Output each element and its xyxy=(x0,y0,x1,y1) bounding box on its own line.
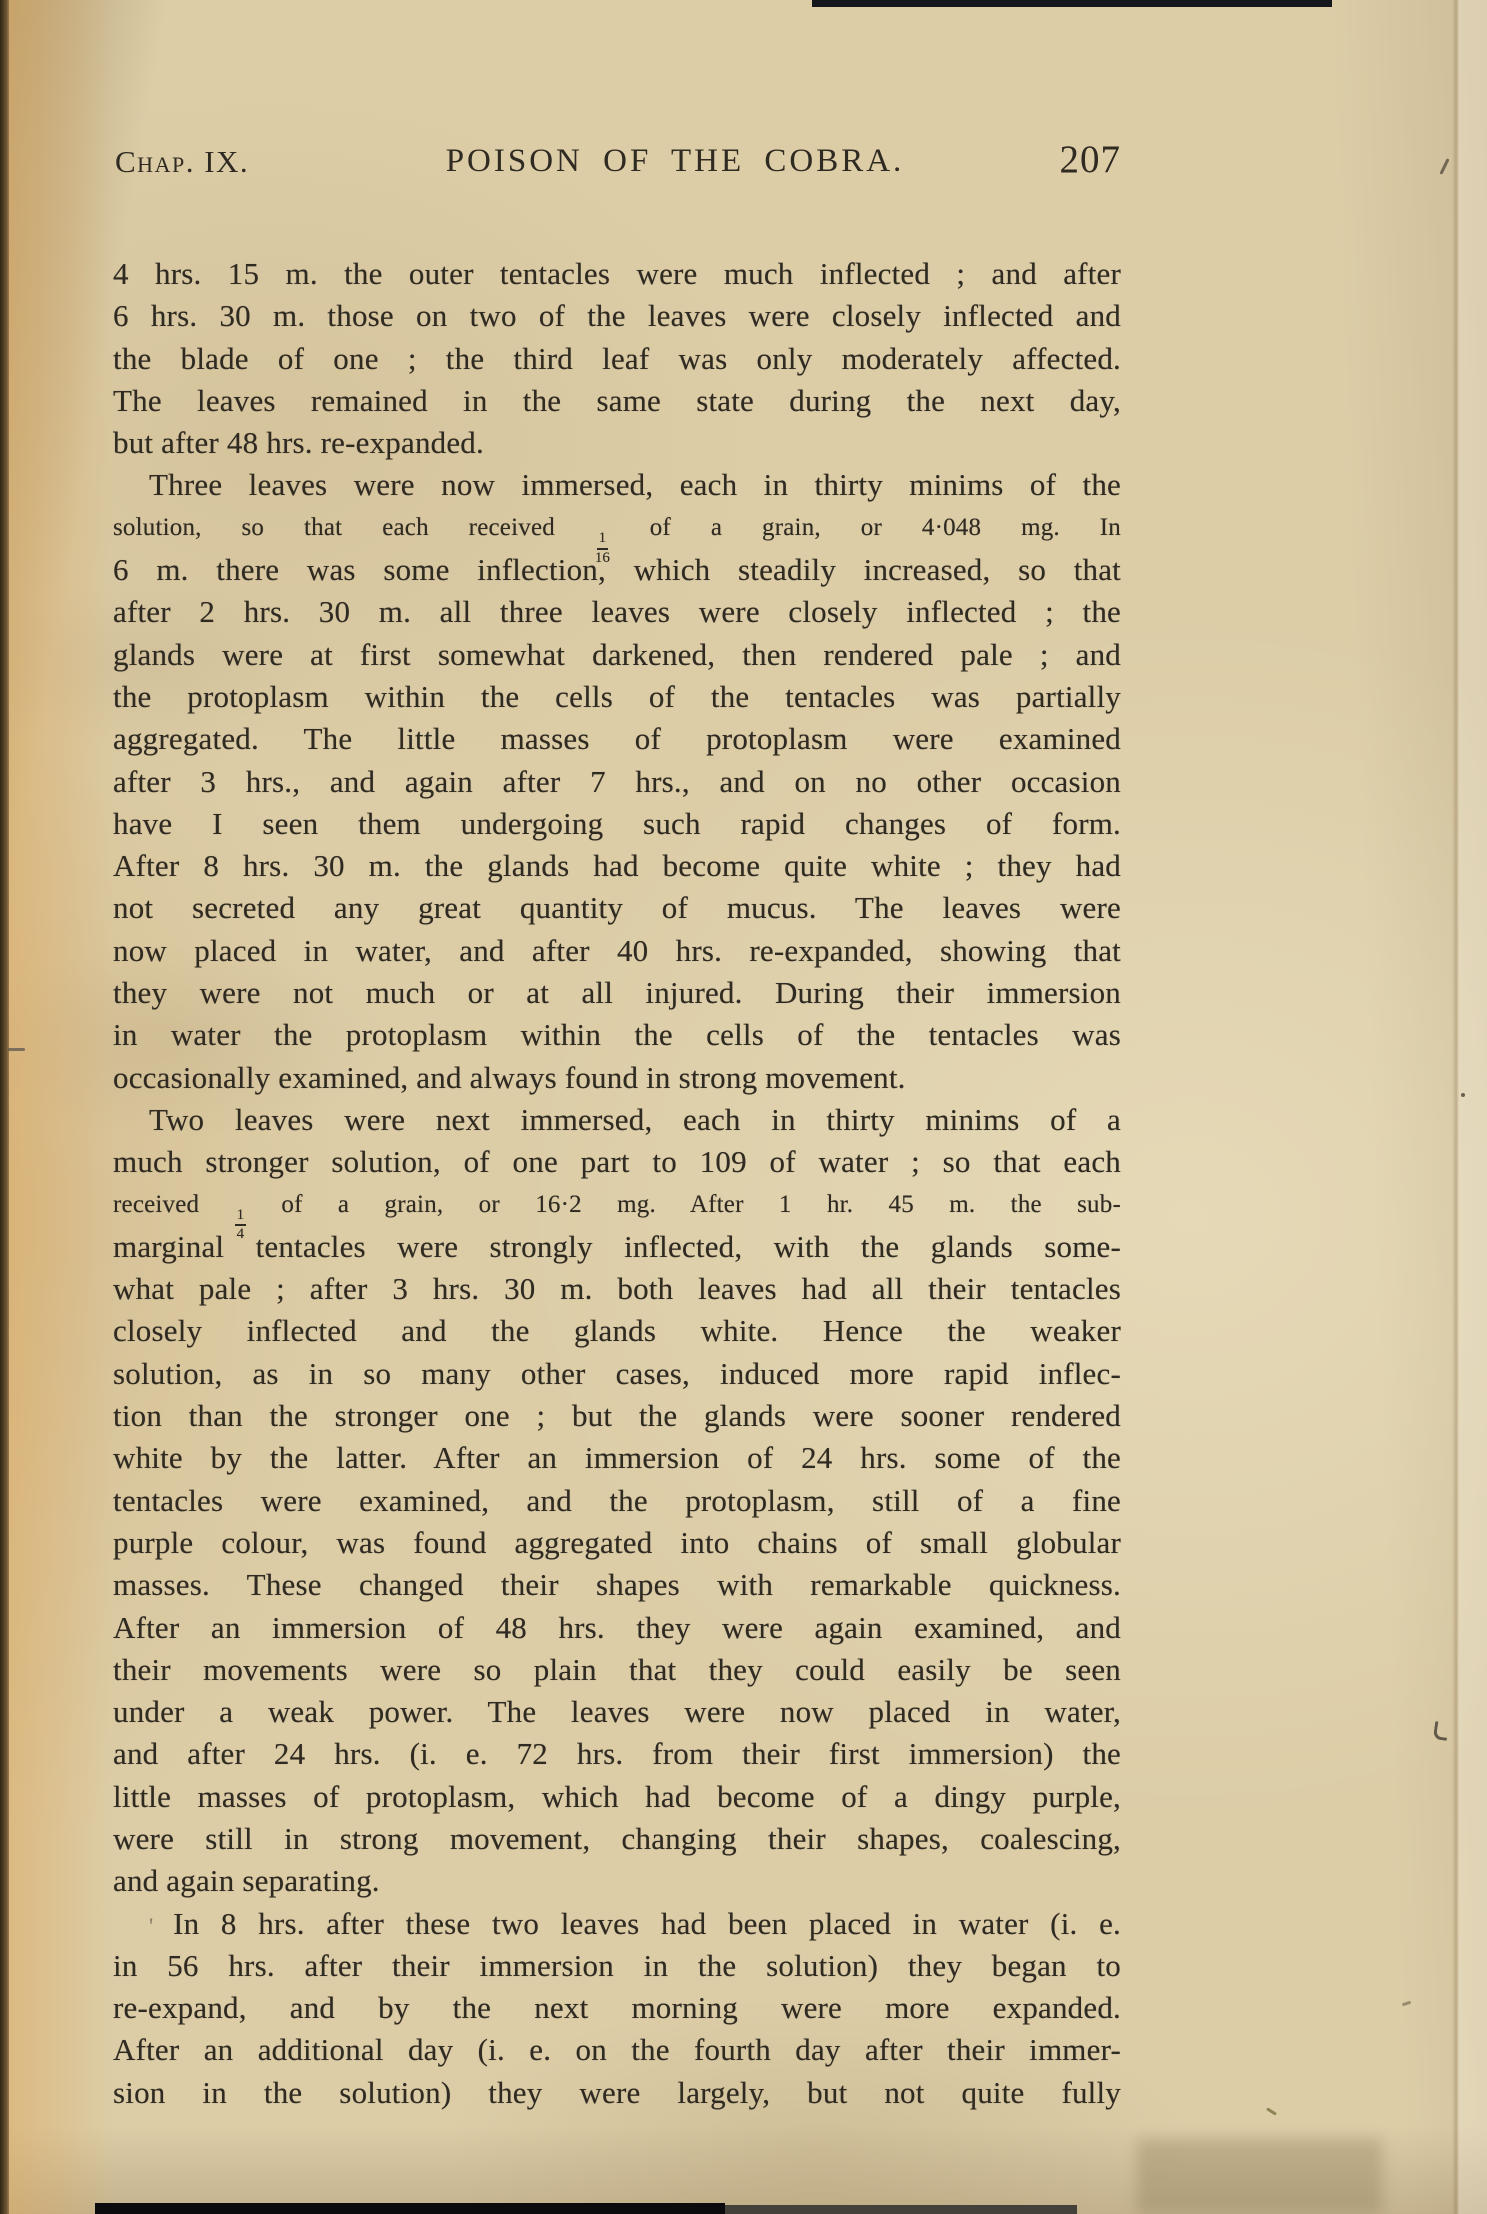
text-line: their movements were so plain that they … xyxy=(113,1649,1121,1691)
text-segment: solution, so that each received xyxy=(113,514,595,541)
bottom-right-shadow xyxy=(1137,2139,1382,2214)
text-segment: received xyxy=(113,1191,235,1218)
ink-mark xyxy=(1402,2001,1411,2007)
text-segment: the blade of one ; the third leaf was on… xyxy=(113,341,1121,376)
text-line: sion in the solution) they were largely,… xyxy=(113,2072,1121,2114)
text-line: and after 24 hrs. (i. e. 72 hrs. from th… xyxy=(113,1733,1121,1775)
text-segment: little masses of protoplasm, which had b… xyxy=(113,1779,1121,1814)
text-line: After 8 hrs. 30 m. the glands had become… xyxy=(113,845,1121,887)
book-page-scan: Chap. IX. POISON OF THE COBRA. 207 4 hrs… xyxy=(0,0,1487,2214)
text-segment: in 56 hrs. after their immersion in the … xyxy=(113,1948,1121,1983)
text-segment: of a grain, or 4·048 mg. In xyxy=(610,514,1121,541)
text-segment: marginal tentacles were strongly inflect… xyxy=(113,1229,1121,1264)
text-line: aggregated. The little masses of protopl… xyxy=(113,718,1121,760)
text-line: they were not much or at all injured. Du… xyxy=(113,972,1121,1014)
text-line: glands were at first somewhat darkened, … xyxy=(113,634,1121,676)
text-segment: tentacles were examined, and the protopl… xyxy=(113,1483,1121,1518)
text-line: ' In 8 hrs. after these two leaves had b… xyxy=(113,1903,1121,1945)
text-line: purple colour, was found aggregated into… xyxy=(113,1522,1121,1564)
text-segment: Two leaves were next immersed, each in t… xyxy=(149,1102,1121,1137)
text-line: closely inflected and the glands white. … xyxy=(113,1310,1121,1352)
text-line: little masses of protoplasm, which had b… xyxy=(113,1776,1121,1818)
paragraph: 4 hrs. 15 m. the outer tentacles were mu… xyxy=(113,253,1121,464)
text-line: tentacles were examined, and the protopl… xyxy=(113,1480,1121,1522)
text-line: what pale ; after 3 hrs. 30 m. both leav… xyxy=(113,1268,1121,1310)
text-segment: aggregated. The little masses of protopl… xyxy=(113,721,1121,756)
text-line: 4 hrs. 15 m. the outer tentacles were mu… xyxy=(113,253,1121,295)
text-segment: have I seen them undergoing such rapid c… xyxy=(113,806,1121,841)
text-segment: tion than the stronger one ; but the gla… xyxy=(113,1398,1121,1433)
page-right-edge xyxy=(1452,0,1459,2214)
text-line: Three leaves were now immersed, each in … xyxy=(113,464,1121,506)
text-line: but after 48 hrs. re-expanded. xyxy=(113,422,1121,464)
text-line: solution, so that each received 116 of a… xyxy=(113,507,1121,549)
text-segment: masses. These changed their shapes with … xyxy=(113,1567,1121,1602)
text-segment: Three leaves were now immersed, each in … xyxy=(149,467,1121,502)
text-segment: In 8 hrs. after these two leaves had bee… xyxy=(173,1906,1121,1941)
text-line: and again separating. xyxy=(113,1860,1121,1902)
scan-artifact-bottom-bar-2 xyxy=(725,2205,1077,2214)
text-line: the protoplasm within the cells of the t… xyxy=(113,676,1121,718)
text-line: not secreted any great quantity of mucus… xyxy=(113,887,1121,929)
text-segment: the protoplasm within the cells of the t… xyxy=(113,679,1121,714)
scan-artifact-top-bar xyxy=(812,0,1332,7)
text-line: occasionally examined, and always found … xyxy=(113,1057,1121,1099)
text-segment: 6 hrs. 30 m. those on two of the leaves … xyxy=(113,298,1121,333)
page-right-margin xyxy=(1459,0,1487,2214)
text-line: solution, as in so many other cases, ind… xyxy=(113,1353,1121,1395)
text-line: marginal tentacles were strongly inflect… xyxy=(113,1226,1121,1268)
text-line: 6 hrs. 30 m. those on two of the leaves … xyxy=(113,295,1121,337)
text-segment: 4 hrs. 15 m. the outer tentacles were mu… xyxy=(113,256,1121,291)
page-left-edge-glow xyxy=(9,0,114,2214)
text-segment: re-expand, and by the next morning were … xyxy=(113,1990,1121,2025)
text-line: much stronger solution, of one part to 1… xyxy=(113,1141,1121,1183)
paragraph: Three leaves were now immersed, each in … xyxy=(113,464,1121,1098)
text-line: After an immersion of 48 hrs. they were … xyxy=(113,1607,1121,1649)
text-line: after 3 hrs., and again after 7 hrs., an… xyxy=(113,761,1121,803)
page-header: Chap. IX. POISON OF THE COBRA. 207 xyxy=(113,136,1121,182)
ink-mark xyxy=(1266,2107,1277,2115)
text-segment: white by the latter. After an immersion … xyxy=(113,1440,1121,1475)
ink-mark xyxy=(1461,1093,1465,1097)
text-segment: After 8 hrs. 30 m. the glands had become… xyxy=(113,848,1121,883)
text-segment: The leaves remained in the same state du… xyxy=(113,383,1121,418)
text-segment: and after 24 hrs. (i. e. 72 hrs. from th… xyxy=(113,1736,1121,1771)
page-text: 4 hrs. 15 m. the outer tentacles were mu… xyxy=(113,253,1121,2114)
scan-artifact-bottom-bar xyxy=(95,2203,725,2214)
text-segment: glands were at first somewhat darkened, … xyxy=(113,637,1121,672)
text-line: in water the protoplasm within the cells… xyxy=(113,1014,1121,1056)
page-left-edge xyxy=(0,0,9,2214)
text-segment: occasionally examined, and always found … xyxy=(113,1060,906,1095)
text-segment: they were not much or at all injured. Du… xyxy=(113,975,1121,1010)
text-segment: After an additional day (i. e. on the fo… xyxy=(113,2032,1121,2067)
text-segment: but after 48 hrs. re-expanded. xyxy=(113,425,484,460)
page-number: 207 xyxy=(1060,137,1122,182)
ink-mark xyxy=(1433,1721,1449,1741)
text-line: under a weak power. The leaves were now … xyxy=(113,1691,1121,1733)
text-segment: of a grain, or 16·2 mg. After 1 hr. 45 m… xyxy=(246,1191,1121,1218)
running-title: POISON OF THE COBRA. xyxy=(113,143,1121,180)
text-segment: after 3 hrs., and again after 7 hrs., an… xyxy=(113,764,1121,799)
text-line: in 56 hrs. after their immersion in the … xyxy=(113,1945,1121,1987)
text-segment: their movements were so plain that they … xyxy=(113,1652,1121,1687)
text-segment: under a weak power. The leaves were now … xyxy=(113,1694,1121,1729)
text-line: after 2 hrs. 30 m. all three leaves were… xyxy=(113,591,1121,633)
text-line: have I seen them undergoing such rapid c… xyxy=(113,803,1121,845)
text-line: After an additional day (i. e. on the fo… xyxy=(113,2029,1121,2071)
ink-mark xyxy=(1439,158,1449,175)
text-segment: much stronger solution, of one part to 1… xyxy=(113,1144,1121,1179)
text-segment: now placed in water, and after 40 hrs. r… xyxy=(113,933,1121,968)
text-segment: ' xyxy=(149,1914,173,1940)
text-line: tion than the stronger one ; but the gla… xyxy=(113,1395,1121,1437)
text-line: masses. These changed their shapes with … xyxy=(113,1564,1121,1606)
text-segment: not secreted any great quantity of mucus… xyxy=(113,890,1121,925)
text-segment: sion in the solution) they were largely,… xyxy=(113,2075,1121,2110)
text-line: were still in strong movement, changing … xyxy=(113,1818,1121,1860)
text-segment: after 2 hrs. 30 m. all three leaves were… xyxy=(113,594,1121,629)
text-segment: closely inflected and the glands white. … xyxy=(113,1313,1121,1348)
ink-mark xyxy=(8,1048,25,1051)
text-segment: what pale ; after 3 hrs. 30 m. both leav… xyxy=(113,1271,1121,1306)
text-segment: After an immersion of 48 hrs. they were … xyxy=(113,1610,1121,1645)
text-line: Two leaves were next immersed, each in t… xyxy=(113,1099,1121,1141)
text-line: received 14 of a grain, or 16·2 mg. Afte… xyxy=(113,1184,1121,1226)
text-line: 6 m. there was some inflection, which st… xyxy=(113,549,1121,591)
text-segment: purple colour, was found aggregated into… xyxy=(113,1525,1121,1560)
text-segment: solution, as in so many other cases, ind… xyxy=(113,1356,1121,1391)
paragraph: Two leaves were next immersed, each in t… xyxy=(113,1099,1121,1903)
text-line: now placed in water, and after 40 hrs. r… xyxy=(113,930,1121,972)
text-segment: 6 m. there was some inflection, which st… xyxy=(113,552,1121,587)
text-segment: and again separating. xyxy=(113,1863,380,1898)
text-segment: were still in strong movement, changing … xyxy=(113,1821,1121,1856)
text-line: white by the latter. After an immersion … xyxy=(113,1437,1121,1479)
paragraph: ' In 8 hrs. after these two leaves had b… xyxy=(113,1903,1121,2114)
text-line: the blade of one ; the third leaf was on… xyxy=(113,338,1121,380)
text-line: re-expand, and by the next morning were … xyxy=(113,1987,1121,2029)
page-content: Chap. IX. POISON OF THE COBRA. 207 4 hrs… xyxy=(113,136,1121,2114)
text-segment: in water the protoplasm within the cells… xyxy=(113,1017,1121,1052)
text-line: The leaves remained in the same state du… xyxy=(113,380,1121,422)
